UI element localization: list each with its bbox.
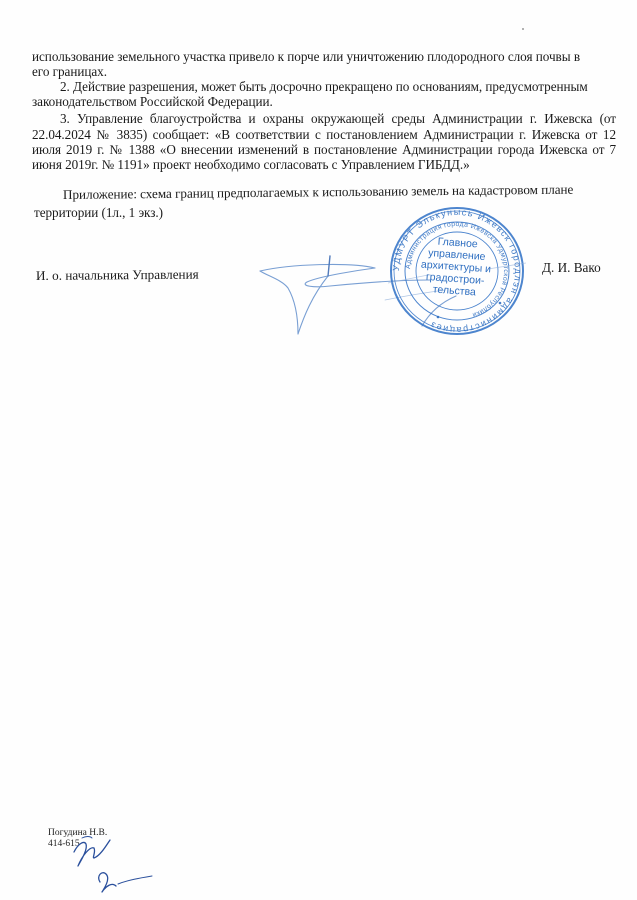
handwritten-initials-icon (70, 832, 160, 900)
document-page: использование земельного участка привело… (0, 0, 637, 900)
body-text-line: 3. Управление благоустройства и охраны о… (60, 111, 616, 127)
body-text-line: 22.04.2024 № 3835) сообщает: «В соответс… (32, 127, 616, 143)
scan-artifact (522, 28, 524, 30)
body-text-line: использование земельного участка привело… (32, 49, 580, 65)
appendix-text-line: территории (1л., 1 экз.) (34, 205, 163, 221)
body-text-line: июля 2019 г. № 1388 «О внесении изменени… (32, 142, 616, 158)
body-text-line: законодательством Российской Федерации. (32, 94, 273, 110)
signer-position-title: И. о. начальника Управления (36, 267, 199, 284)
stamp-center-text: Главное управление архитектуры и градост… (416, 234, 496, 299)
body-text-line: его границах. (32, 64, 107, 80)
body-text-line: 2. Действие разрешения, может быть досро… (60, 79, 588, 95)
signer-name: Д. И. Вако (542, 260, 601, 276)
body-text-line: июня 2019г. № 1191» проект необходимо со… (32, 157, 470, 173)
appendix-text-line: Приложение: схема границ предполагаемых … (63, 182, 573, 203)
